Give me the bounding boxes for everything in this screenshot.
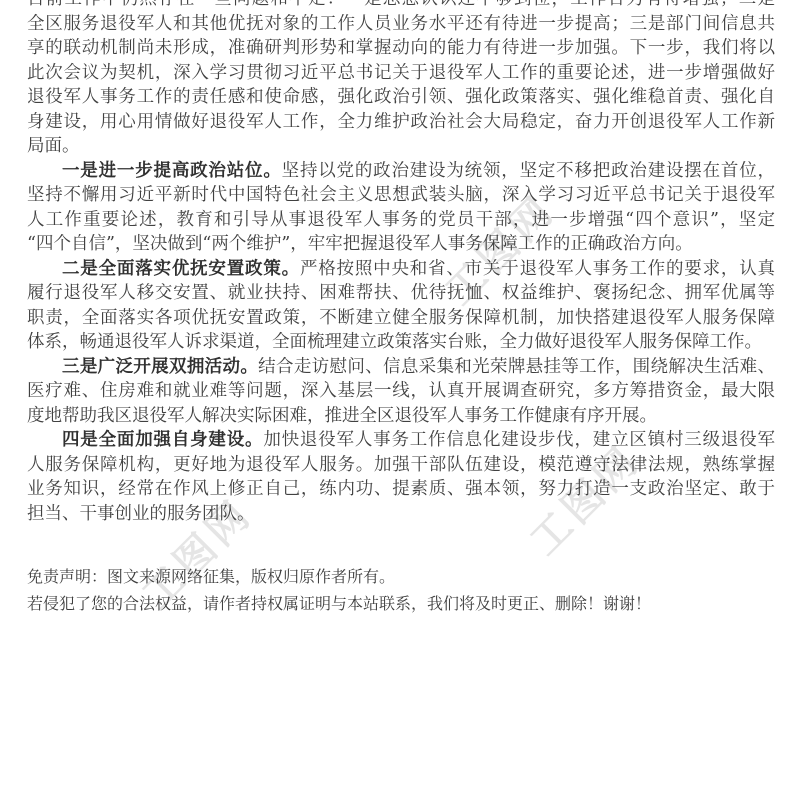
paragraph-lead: 二是全面落实优抚安置政策。	[62, 259, 300, 279]
text-line: 四是全面加强自身建设。加快退役军人事务工作信息化建设步伐，建立区镇村三级退役军	[27, 428, 775, 453]
paragraph: 四是全面加强自身建设。加快退役军人事务工作信息化建设步伐，建立区镇村三级退役军人…	[27, 428, 775, 526]
text-line: 局面。	[27, 134, 775, 159]
text-line: 三是广泛开展双拥活动。结合走访慰问、信息采集和光荣牌悬挂等工作，围绕解决生活难、	[27, 355, 775, 380]
disclaimer-line-2: 若侵犯了您的合法权益，请作者持权属证明与本站联系，我们将及时更正、删除！谢谢！	[27, 591, 775, 618]
text-line: 此次会议为契机，深入学习贯彻习近平总书记关于退役军人工作的重要论述，进一步增强做…	[27, 61, 775, 86]
text-line: 度地帮助我区退役军人解决实际困难，推进全区退役军人事务工作健康有序开展。	[27, 404, 775, 429]
text-line: 体系，畅通退役军人诉求渠道，全面梳理建立政策落实台账，全力做好退役军人服务保障工…	[27, 330, 775, 355]
text-line: 全区服务退役军人和其他优抚对象的工作人员业务水平还有待进一步提高；三是部门间信息…	[27, 12, 775, 37]
text-line: “四个自信”，坚决做到“两个维护”，牢牢把握退役军人事务保障工作的正确政治方向。	[27, 232, 775, 257]
text-line: 业务知识，经常在作风上修正自己，练内功、提素质、强本领，努力打造一支政治坚定、敢…	[27, 477, 775, 502]
text-line: 职责，全面落实各项优抚安置政策，不断建立健全服务保障机制，加快搭建退役军人服务保…	[27, 306, 775, 331]
text-line: 退役军人事务工作的责任感和使命感，强化政治引领、强化政策落实、强化维稳首责、强化…	[27, 85, 775, 110]
paragraph-lead: 一是进一步提高政治站位。	[62, 161, 282, 181]
document-body: 目前工作中仍然存在一些问题和不足：一是思想认识还不够到位，工作合力有待增强；二是…	[27, 0, 775, 526]
text-line: 人服务保障机构，更好地为退役军人服务。加强干部队伍建设，模范遵守法律法规，熟练掌…	[27, 453, 775, 478]
paragraph: 一是进一步提高政治站位。坚持以党的政治建设为统领，坚定不移把政治建设摆在首位，坚…	[27, 159, 775, 257]
paragraph-lead: 三是广泛开展双拥活动。	[62, 357, 258, 377]
text-line: 目前工作中仍然存在一些问题和不足：一是思想认识还不够到位，工作合力有待增强；二是	[27, 0, 775, 12]
paragraph-lead: 四是全面加强自身建设。	[62, 430, 263, 450]
text-line: 履行退役军人移交安置、就业扶持、困难帮扶、优待抚恤、权益维护、褒扬纪念、拥军优属…	[27, 281, 775, 306]
paragraph: 目前工作中仍然存在一些问题和不足：一是思想认识还不够到位，工作合力有待增强；二是…	[27, 0, 775, 159]
disclaimer-line-1: 免责声明：图文来源网络征集，版权归原作者所有。	[27, 564, 775, 591]
document-page: 工图网工图网工图网 目前工作中仍然存在一些问题和不足：一是思想认识还不够到位，工…	[0, 0, 800, 807]
text-line: 二是全面落实优抚安置政策。严格按照中央和省、市关于退役军人事务工作的要求，认真	[27, 257, 775, 282]
text-line: 坚持不懈用习近平新时代中国特色社会主义思想武装头脑，深入学习习近平总书记关于退役…	[27, 183, 775, 208]
text-line: 享的联动机制尚未形成，准确研判形势和掌握动向的能力有待进一步加强。下一步，我们将…	[27, 36, 775, 61]
text-line: 担当、干事创业的服务团队。	[27, 502, 775, 527]
text-line: 医疗难、住房难和就业难等问题，深入基层一线，认真开展调查研究，多方筹措资金，最大…	[27, 379, 775, 404]
text-line: 一是进一步提高政治站位。坚持以党的政治建设为统领，坚定不移把政治建设摆在首位，	[27, 159, 775, 184]
paragraph: 二是全面落实优抚安置政策。严格按照中央和省、市关于退役军人事务工作的要求，认真履…	[27, 257, 775, 355]
disclaimer: 免责声明：图文来源网络征集，版权归原作者所有。 若侵犯了您的合法权益，请作者持权…	[27, 564, 775, 617]
text-line: 身建设，用心用情做好退役军人工作，全力维护政治社会大局稳定，奋力开创退役军人工作…	[27, 110, 775, 135]
paragraph: 三是广泛开展双拥活动。结合走访慰问、信息采集和光荣牌悬挂等工作，围绕解决生活难、…	[27, 355, 775, 429]
text-line: 人工作重要论述，教育和引导从事退役军人事务的党员干部，进一步增强“四个意识”，坚…	[27, 208, 775, 233]
